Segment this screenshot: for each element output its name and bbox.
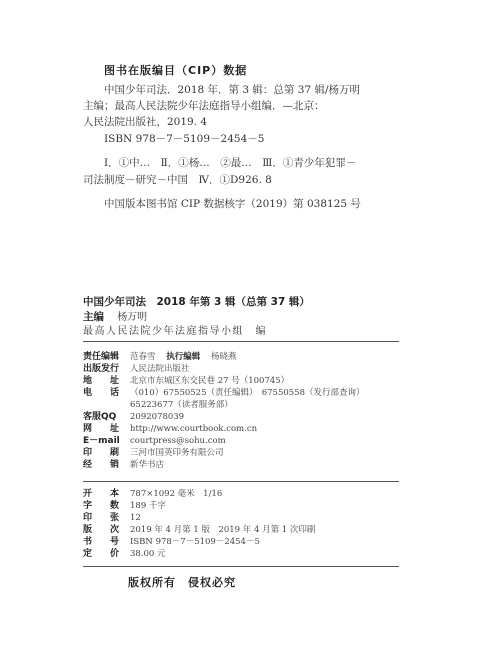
divider	[83, 341, 399, 342]
imprint-value: 2092078039	[130, 411, 184, 423]
executive-editor-label: 执行编辑	[166, 352, 200, 362]
website-link[interactable]: http://www.courtbook.com.cn	[130, 423, 257, 435]
imprint-row: 印 刷 三河市国英印务有限公司	[83, 447, 224, 459]
spec-row: 开 本 787×1092 毫米 1/16	[83, 488, 222, 500]
cip-line: 中国少年司法．2018 年．第 3 辑：总第 37 辑/杨万明	[104, 82, 360, 97]
copyright-notice: 版权所有 侵权必究	[128, 574, 236, 590]
imprint-value: 人民法院出版社	[130, 363, 190, 375]
compiler-line: 最高人民法院少年法庭指导小组 编	[83, 322, 267, 337]
imprint-row: 经 销 新华书店	[83, 459, 164, 471]
cip-line: 司法制度－研究－中国 Ⅳ．①D926. 8	[83, 172, 272, 187]
spec-label: 印 张	[83, 512, 130, 524]
spec-row: 定 价 38.00 元	[83, 548, 166, 560]
imprint-label: 印 刷	[83, 447, 130, 459]
cip-line: 主编；最高人民法院少年法庭指导小组编．—北京：	[83, 98, 325, 113]
spec-value: 2019 年 4 月第 1 版 2019 年 4 月第 1 次印刷	[130, 524, 315, 536]
imprint-label: 网 址	[83, 423, 130, 435]
imprint-value: 北京市东城区东交民巷 27 号（100745）	[130, 375, 289, 387]
imprint-row: E－mail courtpress@sohu.com	[83, 435, 226, 447]
spec-label: 书 号	[83, 536, 130, 548]
executive-editor: 杨晓燕	[211, 352, 237, 362]
spec-value: 787×1092 毫米 1/16	[130, 488, 222, 500]
spec-row: 书 号 ISBN 978－7－5109－2454－5	[83, 536, 260, 548]
spec-value: 38.00 元	[130, 548, 166, 560]
imprint-label: 电 话	[83, 387, 130, 399]
email-link[interactable]: courtpress@sohu.com	[130, 435, 226, 447]
spec-label: 字 数	[83, 500, 130, 512]
imprint-label: 客服QQ	[83, 411, 130, 423]
cip-number: 中国版本图书馆 CIP 数据核字（2019）第 038125 号	[104, 196, 361, 211]
spec-value: 189 千字	[130, 500, 166, 512]
imprint-value: 新华书店	[130, 459, 164, 471]
imprint-value: （010）67550525（责任编辑） 67550558（发行部查询）	[130, 387, 365, 399]
spec-label: 版 次	[83, 524, 130, 536]
spec-row: 版 次 2019 年 4 月第 1 版 2019 年 4 月第 1 次印刷	[83, 524, 315, 536]
spec-value: 12	[130, 512, 141, 524]
imprint-row: 地 址 北京市东城区东交民巷 27 号（100745）	[83, 375, 289, 387]
imprint-label: 出版发行	[83, 363, 130, 375]
spec-value: ISBN 978－7－5109－2454－5	[130, 536, 260, 548]
spec-label: 开 本	[83, 488, 130, 500]
imprint-label: E－mail	[83, 435, 130, 447]
book-title: 中国少年司法 2018 年第 3 辑（总第 37 辑）	[83, 294, 310, 309]
spec-row: 字 数 189 千字	[83, 500, 166, 512]
imprint-value: 范春雪 执行编辑 杨晓燕	[130, 351, 236, 363]
cip-isbn: ISBN 978－7－5109－2454－5	[104, 131, 264, 146]
imprint-row: 责任编辑 范春雪 执行编辑 杨晓燕	[83, 351, 236, 363]
imprint-label: 经 销	[83, 459, 130, 471]
divider	[83, 481, 399, 482]
imprint-row: 65223677（读者服务部）	[83, 399, 233, 411]
editor-in-charge: 范春雪	[130, 352, 156, 362]
cip-line: 人民法院出版社，2019. 4	[83, 114, 207, 129]
imprint-row: 电 话 （010）67550525（责任编辑） 67550558（发行部查询）	[83, 387, 365, 399]
spec-label: 定 价	[83, 548, 130, 560]
cip-title: 图书在版编目（CIP）数据	[104, 62, 247, 78]
imprint-row: 网 址 http://www.courtbook.com.cn	[83, 423, 257, 435]
imprint-row: 出版发行 人民法院出版社	[83, 363, 190, 375]
imprint-row: 客服QQ 2092078039	[83, 411, 184, 423]
imprint-value: 65223677（读者服务部）	[130, 399, 233, 411]
spec-row: 印 张 12	[83, 512, 141, 524]
imprint-value: 三河市国英印务有限公司	[130, 447, 224, 459]
divider	[83, 566, 399, 567]
imprint-label	[83, 399, 130, 411]
imprint-label: 地 址	[83, 375, 130, 387]
imprint-label: 责任编辑	[83, 351, 130, 363]
cip-line: Ⅰ．①中… Ⅱ．①杨… ②最… Ⅲ．①青少年犯罪－	[104, 155, 356, 170]
